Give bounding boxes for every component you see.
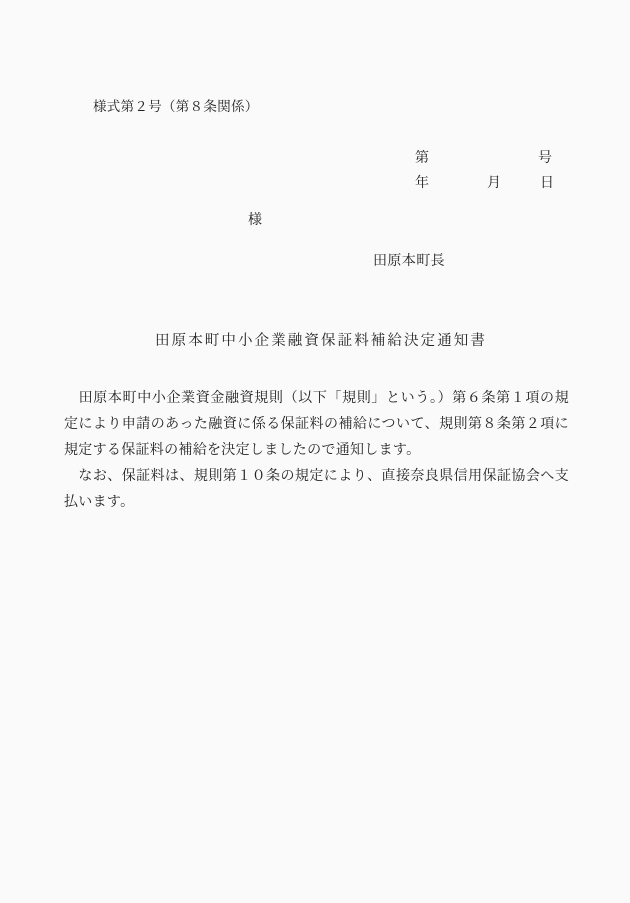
sender-title: 田原本町長 [373,250,445,270]
doc-number-suffix-label: 号 [538,147,552,167]
date-month-label: 月 [487,172,501,192]
document-page: 様式第２号（第８条関係） 第 号 年 月 日 様 田原本町長 田原本町中小企業融… [0,0,630,903]
body-paragraph: なお、保証料は、規則第１０条の規定により、直接奈良県信用保証協会へ支払います。 [64,464,569,516]
document-title: 田原本町中小企業融資保証料補給決定通知書 [155,329,487,350]
form-number: 様式第２号（第８条関係） [93,95,259,115]
addressee-honorific: 様 [248,209,262,229]
body-paragraph: 田原本町中小企業資金融資規則（以下「規則」という。）第６条第１項の規定により申請… [64,386,569,464]
doc-number-prefix-label: 第 [415,147,429,167]
document-body: 田原本町中小企業資金融資規則（以下「規則」という。）第６条第１項の規定により申請… [64,386,569,516]
date-year-label: 年 [415,172,429,192]
date-day-label: 日 [540,172,554,192]
